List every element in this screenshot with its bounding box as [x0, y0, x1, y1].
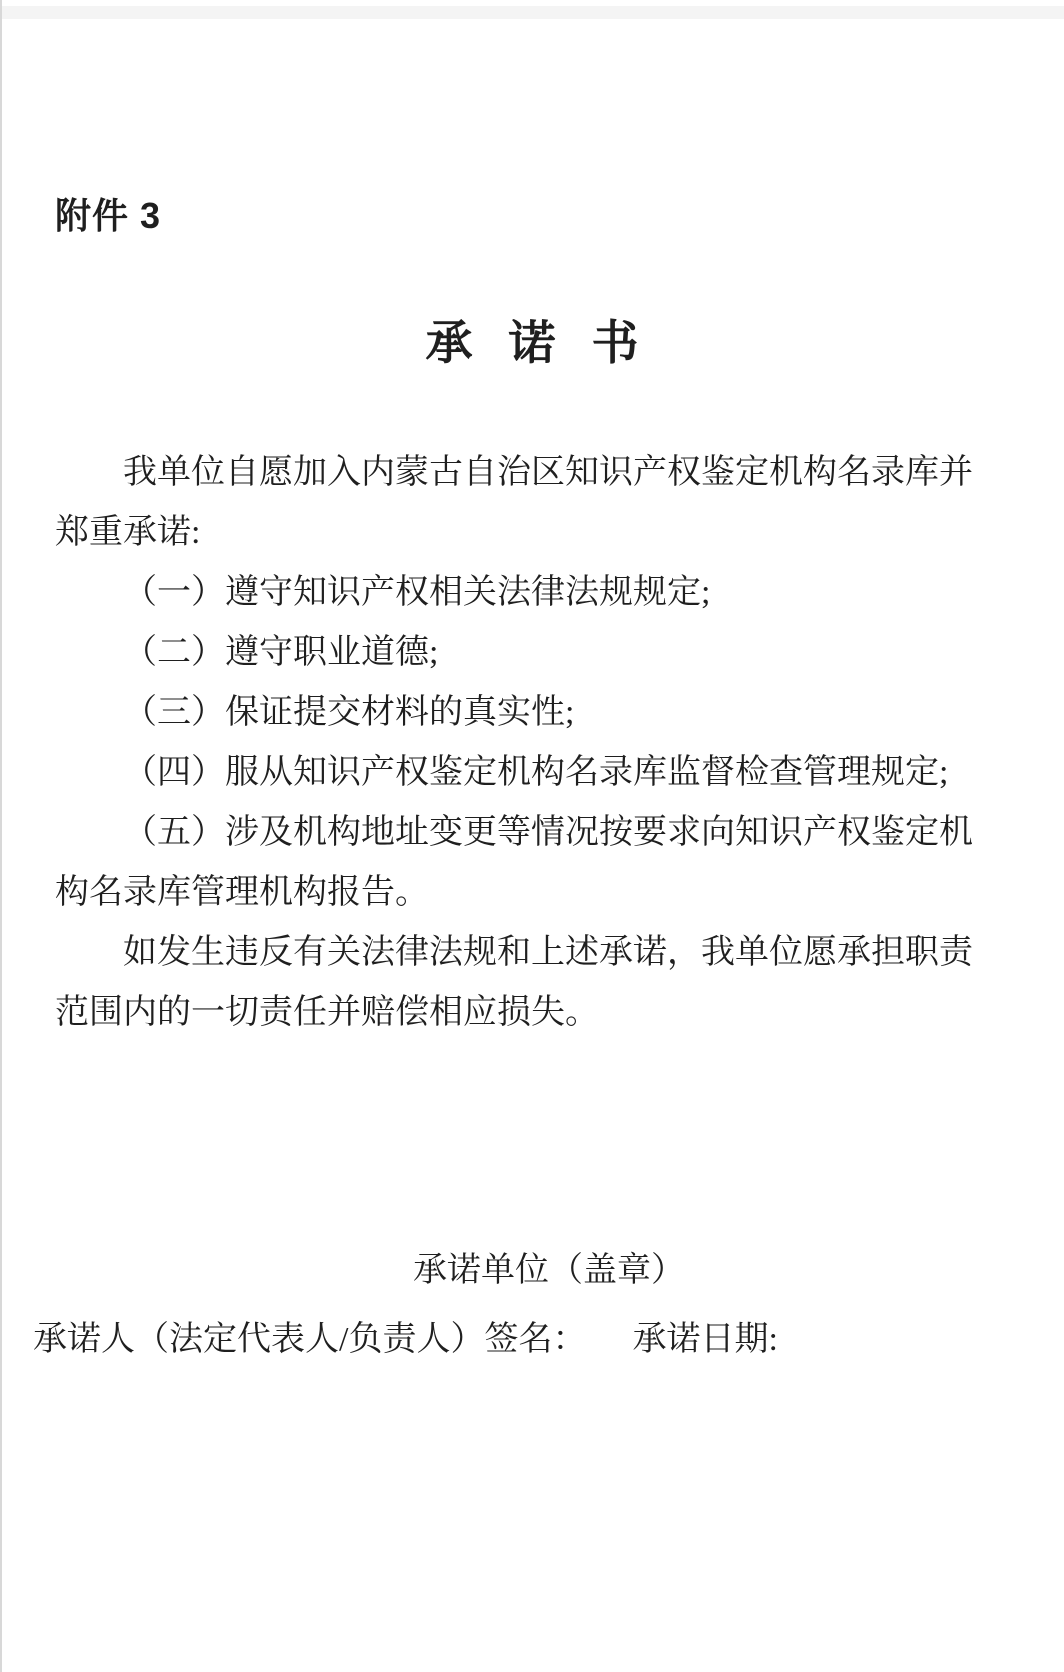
document-page: 附件 3 承诺书 我单位自愿加入内蒙古自治区知识产权鉴定机构名录库并 郑重承诺:…: [0, 0, 1064, 1672]
body-line: 郑重承诺:: [55, 503, 1034, 563]
body-line: 我单位自愿加入内蒙古自治区知识产权鉴定机构名录库并: [55, 443, 1034, 503]
body-line-item-1: （一）遵守知识产权相关法律法规规定;: [55, 563, 1034, 623]
body-line-item-2: （二）遵守职业道德;: [55, 623, 1034, 683]
body-line: 范围内的一切责任并赔偿相应损失。: [55, 983, 1034, 1043]
body-line-item-3: （三）保证提交材料的真实性;: [55, 683, 1034, 743]
signer-label: 承诺人（法定代表人/负责人）签名：: [33, 1321, 586, 1358]
page-left-edge-line: [0, 0, 2, 1672]
scan-top-band: [0, 6, 1064, 19]
body-line-item-4: （四）服从知识产权鉴定机构名录库监督检查管理规定;: [55, 743, 1034, 803]
attachment-label: 附件 3: [55, 196, 161, 236]
body-line: 构名录库管理机构报告。: [55, 863, 1034, 923]
document-title: 承诺书: [0, 306, 1064, 373]
document-body: 我单位自愿加入内蒙古自治区知识产权鉴定机构名录库并 郑重承诺: （一）遵守知识产…: [55, 443, 1034, 1043]
signature-line: 承诺人（法定代表人/负责人）签名：承诺日期:: [33, 1316, 778, 1364]
date-label: 承诺日期:: [632, 1321, 777, 1358]
body-line: 如发生违反有关法律法规和上述承诺，我单位愿承担职责: [55, 923, 1034, 983]
body-line-item-5: （五）涉及机构地址变更等情况按要求向知识产权鉴定机: [55, 803, 1034, 863]
stamp-unit-line: 承诺单位（盖章）: [0, 1247, 1064, 1295]
